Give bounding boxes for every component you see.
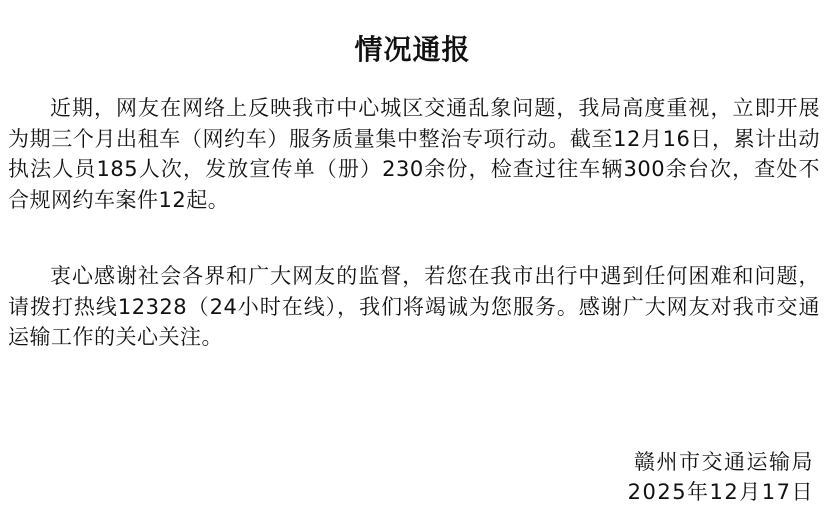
document-title: 情况通报 — [0, 30, 825, 70]
paragraph-enforcement-summary: 近期，网友在网络上反映我市中心城区交通乱象问题，我局高度重视，立即开展为期三个月… — [8, 93, 820, 215]
signature-block: 赣州市交通运输局 2025年12月17日 — [628, 447, 814, 507]
paragraph-thanks-hotline: 衷心感谢社会各界和广大网友的监督，若您在我市出行中遇到任何困难和问题，请拨打热线… — [8, 261, 820, 353]
issue-date: 2025年12月17日 — [628, 477, 814, 507]
issuer-name: 赣州市交通运输局 — [628, 447, 814, 477]
